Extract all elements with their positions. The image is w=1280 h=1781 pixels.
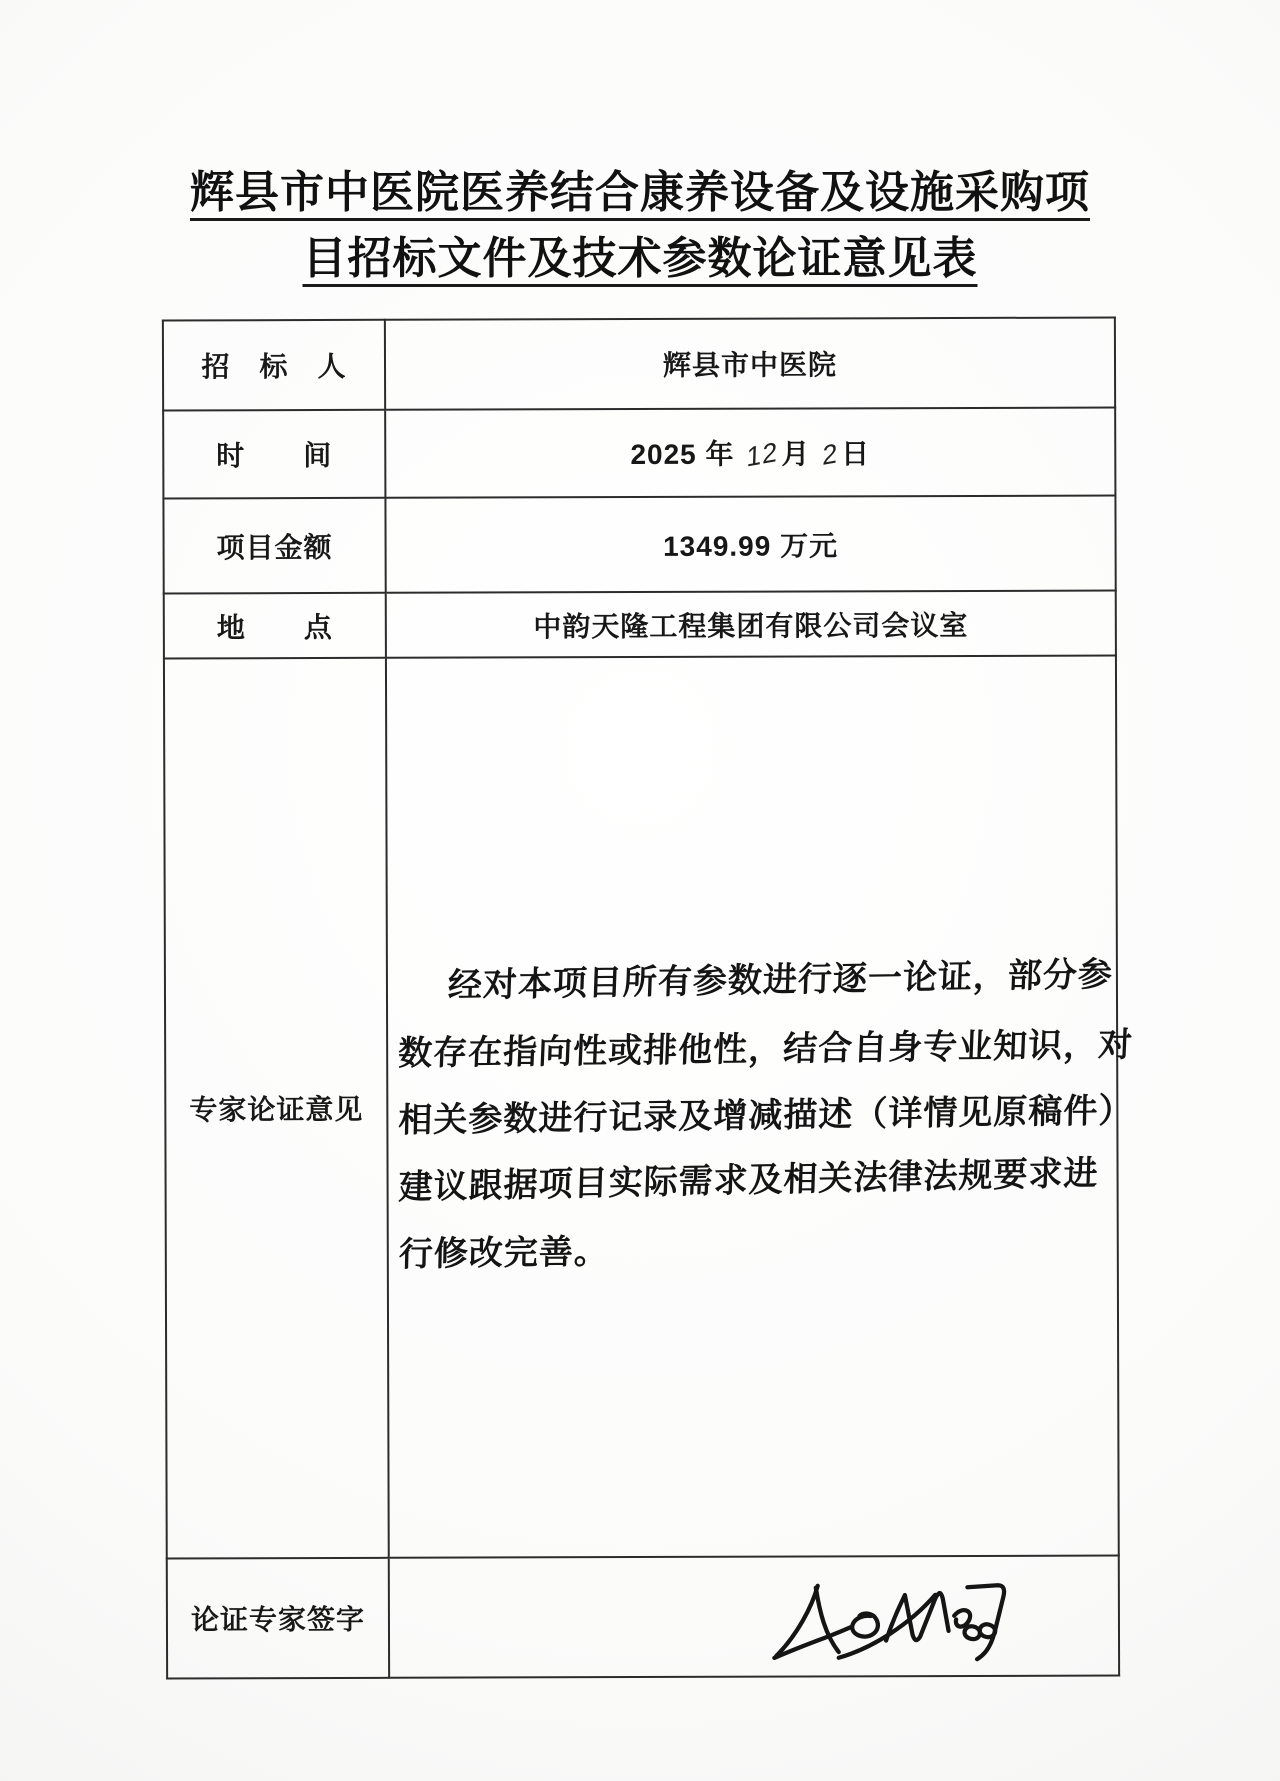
time-month-unit: 月: [781, 438, 810, 469]
location-label: 地 点: [164, 593, 386, 659]
amount-value: 1349.99 万元: [385, 496, 1115, 593]
document-title-line2: 目招标文件及技术参数论证意见表: [303, 234, 978, 283]
opinion-line: 行修改完善。: [398, 1212, 1111, 1289]
row-bidder: 招 标 人 辉县市中医院: [163, 318, 1115, 411]
time-month-handwritten: 12: [746, 436, 779, 473]
opinion-line: 经对本项目所有参数进行逐一论证，部分参: [397, 941, 1111, 1020]
signature-value-cell: [389, 1555, 1119, 1677]
signature-label: 论证专家签字: [167, 1558, 389, 1679]
bidder-value: 辉县市中医院: [385, 318, 1115, 410]
opinion-value-cell: 经对本项目所有参数进行逐一论证，部分参 数存在指向性或排他性，结合自身专业知识，…: [386, 656, 1119, 1558]
time-day-handwritten: 2: [822, 438, 839, 473]
row-time: 时 间 2025 年 12月 2日: [163, 408, 1115, 499]
time-year-printed: 2025 年: [630, 439, 734, 470]
row-expert-opinion: 专家论证意见 经对本项目所有参数进行逐一论证，部分参 数存在指向性或排他性，结合…: [164, 656, 1119, 1559]
time-value: 2025 年 12月 2日: [385, 408, 1115, 498]
row-amount: 项目金额 1349.99 万元: [163, 496, 1115, 594]
expert-signature-scribble-icon: [756, 1574, 1018, 1665]
document-title: 辉县市中医院医养结合康养设备及设施采购项 目招标文件及技术参数论证意见表: [0, 160, 1280, 292]
signature-area: [390, 1574, 1118, 1660]
amount-label: 项目金额: [163, 498, 385, 594]
form-table: 招 标 人 辉县市中医院 时 间 2025 年 12月 2日 项目金额 1349…: [162, 317, 1120, 1680]
opinion-line: 数存在指向性或排他性，结合自身专业知识，对: [397, 1012, 1112, 1087]
document-title-line1: 辉县市中医院医养结合康养设备及设施采购项: [190, 168, 1090, 217]
time-label: 时 间: [163, 410, 385, 499]
document-title-row1: 辉县市中医院医养结合康养设备及设施采购项: [0, 160, 1280, 226]
time-day-unit: 日: [841, 438, 870, 469]
form-sheet: 招 标 人 辉县市中医院 时 间 2025 年 12月 2日 项目金额 1349…: [162, 317, 1118, 1680]
row-location: 地 点 中韵天隆工程集团有限公司会议室: [164, 591, 1116, 659]
handwritten-opinion: 经对本项目所有参数进行逐一论证，部分参 数存在指向性或排他性，结合自身专业知识，…: [388, 925, 1117, 1288]
opinion-label: 专家论证意见: [164, 658, 389, 1559]
bidder-label: 招 标 人: [163, 320, 385, 411]
location-value: 中韵天隆工程集团有限公司会议室: [386, 591, 1116, 658]
opinion-line: 建议跟据项目实际需求及相关法律法规要求进: [398, 1140, 1112, 1222]
row-expert-signature: 论证专家签字: [167, 1555, 1119, 1678]
document-title-row2: 目招标文件及技术参数论证意见表: [0, 226, 1280, 292]
scanned-document-page: { "title": { "line1": "辉县市中医院医养结合康养设备及设施…: [0, 0, 1280, 1781]
